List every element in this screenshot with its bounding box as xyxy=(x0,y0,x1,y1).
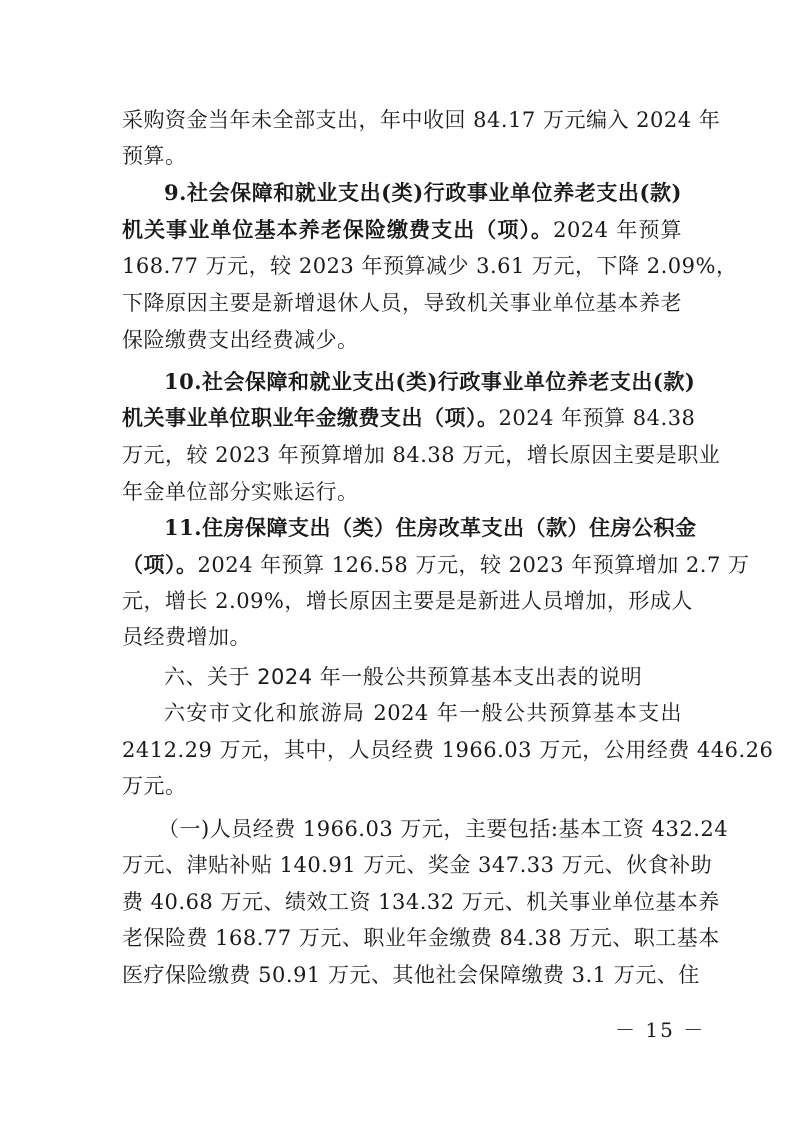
item-9-title-bold: 机关事业单位基本养老保险缴费支出（项）。 xyxy=(122,217,553,242)
item-10-text: 2024 年预算 84.38 xyxy=(499,406,696,430)
paragraph-line: 元，增长 2.09%，增长原因主要是是新进人员增加，形成人 xyxy=(122,587,682,615)
paragraph-line: 老保险费 168.77 万元、职业年金缴费 84.38 万元、职工基本 xyxy=(122,924,682,952)
paragraph-line: 保险缴费支出经费减少。 xyxy=(122,326,682,354)
document-page: 采购资金当年未全部支出，年中收回 84.17 万元编入 2024 年 预算。 9… xyxy=(0,0,793,1122)
section-item-9-title: 9.社会保障和就业支出(类)行政事业单位养老支出(款) xyxy=(164,179,682,207)
section-item-10-line: 机关事业单位职业年金缴费支出（项）。2024 年预算 84.38 xyxy=(122,404,682,432)
paragraph-line: 预算。 xyxy=(122,142,682,170)
item-11-text: 2024 年预算 126.58 万元，较 2023 年预算增加 2.7 万 xyxy=(198,553,750,577)
paragraph-line: 168.77 万元，较 2023 年预算减少 3.61 万元，下降 2.09%， xyxy=(122,252,682,280)
paragraph-line: 员经费增加。 xyxy=(122,623,682,651)
paragraph-line: 万元、津贴补贴 140.91 万元、奖金 347.33 万元、伙食补助 xyxy=(122,851,682,879)
item-11-title-bold: （项）。 xyxy=(122,552,198,577)
paragraph-line: 采购资金当年未全部支出，年中收回 84.17 万元编入 2024 年 xyxy=(122,106,682,134)
paragraph-line: 医疗保险缴费 50.91 万元、其他社会保障缴费 3.1 万元、住 xyxy=(122,961,682,989)
section-item-10-title: 10.社会保障和就业支出(类)行政事业单位养老支出(款) xyxy=(164,368,682,396)
paragraph-line: 年金单位部分实账运行。 xyxy=(122,478,682,506)
paragraph-line: 2412.29 万元，其中，人员经费 1966.03 万元，公用经费 446.2… xyxy=(122,736,682,764)
paragraph-line: 费 40.68 万元、绩效工资 134.32 万元、机关事业单位基本养 xyxy=(122,888,682,916)
paragraph-line: （一)人员经费 1966.03 万元，主要包括:基本工资 432.24 xyxy=(158,815,682,843)
paragraph-line: 六安市文化和旅游局 2024 年一般公共预算基本支出 xyxy=(164,699,682,727)
item-9-text: 2024 年预算 xyxy=(553,218,682,242)
paragraph-line: 万元。 xyxy=(122,772,682,800)
section-item-9-line: 机关事业单位基本养老保险缴费支出（项）。2024 年预算 xyxy=(122,216,682,244)
paragraph-line: 万元，较 2023 年预算增加 84.38 万元，增长原因主要是职业 xyxy=(122,441,682,469)
section-item-11-title: 11.住房保障支出（类）住房改革支出（款）住房公积金 xyxy=(164,514,682,542)
paragraph-line: 下降原因主要是新增退休人员，导致机关事业单位基本养老 xyxy=(122,289,682,317)
section-item-11-line: （项）。2024 年预算 126.58 万元，较 2023 年预算增加 2.7 … xyxy=(122,551,682,579)
page-number: － 15 － xyxy=(615,1017,705,1043)
item-10-title-bold: 机关事业单位职业年金缴费支出（项）。 xyxy=(122,405,499,430)
section-heading-six: 六、关于 2024 年一般公共预算基本支出表的说明 xyxy=(164,663,682,691)
